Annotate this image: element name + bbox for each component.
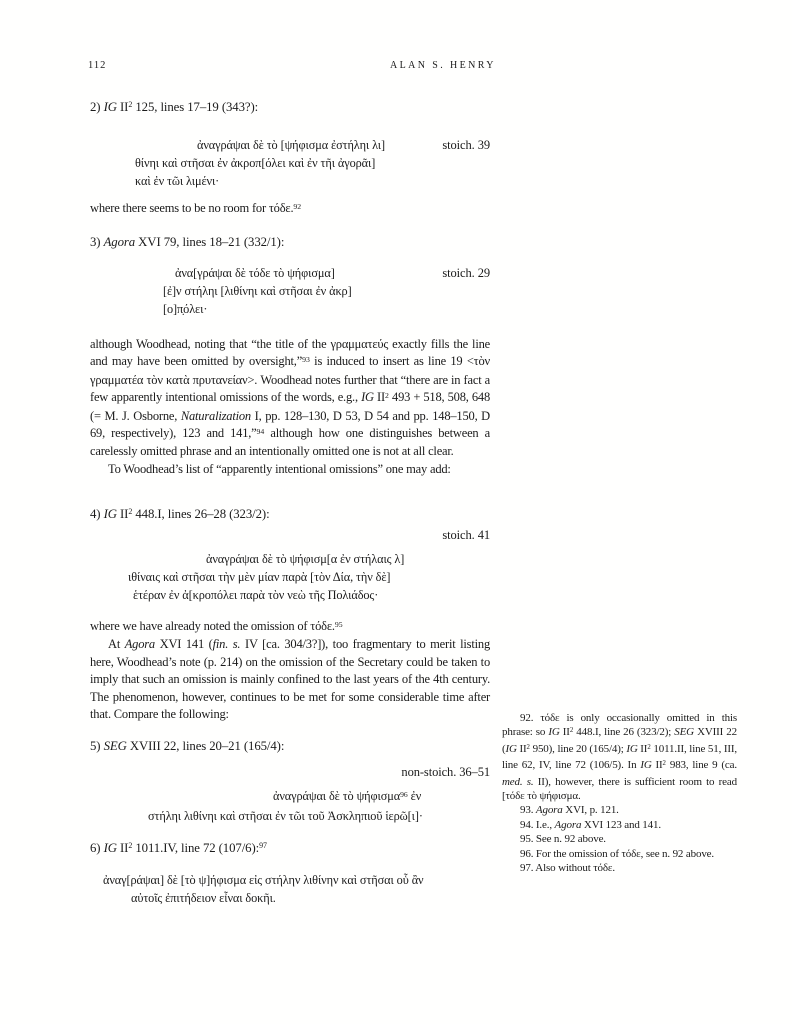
text-segment: 93 xyxy=(302,355,310,364)
greek-quotation-3: stoich. 29 ἀνα[γράψαι δὲ τόδε τὸ ψήφισμα… xyxy=(90,264,490,318)
text-segment: 2 xyxy=(128,841,132,850)
text-segment: ἀναγράψαι δὲ τὸ ψήφισμα xyxy=(273,789,400,803)
text-segment: XVI 141 ( xyxy=(155,637,213,651)
text-block-woodhead: although Woodhead, noting that “the titl… xyxy=(90,336,490,478)
text-segment: 2 xyxy=(647,744,650,751)
greek-lines: ἀναγράψαι δὲ τὸ ψήφισμα96 ἐνστήληι λιθίν… xyxy=(90,787,490,825)
greek-line: ἀναγράψαι δὲ τὸ ψήφισμ[α ἐν στήλαις λ] xyxy=(206,550,490,568)
text-segment: SEG xyxy=(104,739,127,753)
paragraph-woodhead: although Woodhead, noting that “the titl… xyxy=(90,336,490,461)
text-segment: 983, line 9 (ca. xyxy=(666,759,737,771)
text-segment: IG xyxy=(548,726,559,738)
greek-quotation-6: ἀναγ[ράψαι] δὲ [τὸ ψ]ήφισμα εἰς στήλην λ… xyxy=(90,871,490,907)
text-segment: 4) xyxy=(90,507,104,521)
text-segment: IG xyxy=(104,100,117,114)
greek-lines: ἀναγ[ράψαι] δὲ [τὸ ψ]ήφισμα εἰς στήλην λ… xyxy=(90,871,490,907)
paragraph-at-agora: At Agora XVI 141 (fin. s. IV [ca. 304/3?… xyxy=(90,636,490,723)
text-segment: 2 xyxy=(385,391,389,400)
footnote-95: 95. See n. 92 above. xyxy=(502,832,737,846)
text-segment: Naturalization xyxy=(181,409,251,423)
text-segment: 2 xyxy=(570,727,573,734)
greek-line: καὶ ἐν τῶι λιμένι· xyxy=(135,172,490,190)
stoichedon-label-39: stoich. 39 xyxy=(442,136,490,154)
text-segment: II xyxy=(652,759,663,771)
greek-line: ἀναγράψαι δὲ τὸ ψήφισμα96 ἐν xyxy=(273,787,490,807)
text-segment: 95. See n. 92 above. xyxy=(520,833,606,845)
greek-quotation-2: stoich. 39 ἀναγράψαι δὲ τὸ [ψήφισμα ἐστή… xyxy=(90,136,490,190)
text-segment: 2) xyxy=(90,100,104,114)
text-segment: II xyxy=(374,390,385,404)
text-segment: IG xyxy=(361,390,374,404)
text-segment: 96. For the omission of τόδε, see n. 92 … xyxy=(520,848,714,860)
greek-line: ιθίναις καὶ στῆσαι τὴν μὲν μίαν παρὰ [τὸ… xyxy=(128,568,490,586)
text-segment: med. s. xyxy=(502,776,533,788)
text-segment: 97. Also without τόδε. xyxy=(520,862,615,874)
text-segment: 2 xyxy=(663,760,666,767)
text-segment: 95 xyxy=(335,620,343,629)
greek-line: αὐτοῖς ἐπιτήδειον εἶναι δοκῆι. xyxy=(131,889,490,907)
greek-quotation-4: ἀναγράψαι δὲ τὸ ψήφισμ[α ἐν στήλαις λ]ιθ… xyxy=(90,550,490,604)
greek-quotation-5: ἀναγράψαι δὲ τὸ ψήφισμα96 ἐνστήληι λιθίν… xyxy=(90,787,490,825)
text-segment: XVI 123 and 141. xyxy=(581,819,661,831)
page-number: 112 xyxy=(88,60,106,71)
text-segment: [ἐ]ν στήληι [λιθίνηι καὶ στῆσαι ἐν ἀκρ] xyxy=(163,284,352,298)
text-segment: ιθίναις καὶ στῆσαι τὴν μὲν μίαν παρὰ [τὸ… xyxy=(128,570,390,584)
non-stoichedon-label: non-stoich. 36–51 xyxy=(90,765,490,780)
text-segment: 950), line 20 (165/4); xyxy=(530,743,626,755)
text-segment: where there seems to be no room for τόδε… xyxy=(90,201,293,215)
text-segment: IG xyxy=(640,759,651,771)
text-segment: IG xyxy=(626,743,637,755)
footnotes-column: 92. τόδε is only occasionally omitted in… xyxy=(502,711,737,875)
journal-page: 112 ALAN S. HENRY 2) IG II2 125, lines 1… xyxy=(0,0,792,1024)
text-segment: ἀναγράψαι δὲ τὸ [ψήφισμα ἐστήληι λι] xyxy=(197,138,385,152)
text-segment: Agora xyxy=(104,235,136,249)
paragraph-no-room: where there seems to be no room for τόδε… xyxy=(90,200,490,218)
text-segment: Agora xyxy=(555,819,582,831)
text-segment: II xyxy=(560,726,570,738)
stoichedon-label-29: stoich. 29 xyxy=(442,264,490,282)
footnote-94: 94. I.e., Agora XVI 123 and 141. xyxy=(502,818,737,832)
text-segment: 125, lines 17–19 (343?): xyxy=(132,100,258,114)
text-segment: 3) xyxy=(90,235,104,249)
text-segment: IG xyxy=(506,743,517,755)
text-segment: 5) xyxy=(90,739,104,753)
text-segment: 94 xyxy=(257,427,265,436)
text-segment: At xyxy=(108,637,125,651)
paragraph-to-woodhead: To Woodhead’s list of “apparently intent… xyxy=(90,461,490,478)
text-segment: IG xyxy=(104,841,117,855)
text-block-agora: where we have already noted the omission… xyxy=(90,618,490,723)
text-segment: 2 xyxy=(527,744,530,751)
text-segment: II xyxy=(117,507,128,521)
text-segment: ἀνα[γράψαι δὲ τόδε τὸ ψήφισμα] xyxy=(175,266,335,280)
text-segment: αὐτοῖς ἐπιτήδειον εἶναι δοκῆι. xyxy=(131,891,276,905)
text-segment: καὶ ἐν τῶι λιμένι· xyxy=(135,174,219,188)
text-segment: To Woodhead’s list of “apparently intent… xyxy=(108,462,451,476)
text-segment: 6) xyxy=(90,841,104,855)
text-segment: where we have already noted the omission… xyxy=(90,619,335,633)
greek-line: [ἐ]ν στήληι [λιθίνηι καὶ στῆσαι ἐν ἀκρ] xyxy=(163,282,490,300)
text-segment: ἀναγ[ράψαι] δὲ [τὸ ψ]ήφισμα εἰς στήλην λ… xyxy=(103,873,424,887)
greek-line: στήληι λιθίνηι καὶ στῆσαι ἐν τῶι τοῦ Ἀσκ… xyxy=(148,807,490,825)
text-segment: [ο]π̣όλει· xyxy=(163,302,207,316)
text-segment: ἐν xyxy=(408,789,422,803)
footnote-93: 93. Agora XVI, p. 121. xyxy=(502,803,737,817)
text-segment: ἑτέραν ἐν ἀ[κροπόλει παρὰ τὸν νεὼ τῆς Πο… xyxy=(133,588,378,602)
text-segment: XVIII 22, lines 20–21 (165/4): xyxy=(127,739,285,753)
text-segment: θίνηι καὶ στῆσαι ἐν ἀκροπ[όλει καὶ ἐν τῆ… xyxy=(135,156,375,170)
entry-heading-4: 4) IG II2 448.I, lines 26–28 (323/2): xyxy=(90,506,490,524)
text-segment: XVI 79, lines 18–21 (332/1): xyxy=(135,235,284,249)
text-segment: 448.I, lines 26–28 (323/2): xyxy=(132,507,269,521)
text-segment: II xyxy=(638,743,648,755)
footnote-97: 97. Also without τόδε. xyxy=(502,861,737,875)
text-segment: 2 xyxy=(128,507,132,516)
entry-heading-2: 2) IG II2 125, lines 17–19 (343?): xyxy=(90,99,490,117)
text-segment: XVI, p. 121. xyxy=(563,804,619,816)
text-segment: 448.I, line 26 (323/2); xyxy=(573,726,674,738)
text-segment: 93. xyxy=(520,804,536,816)
greek-line: ἀναγ[ράψαι] δὲ [τὸ ψ]ήφισμα εἰς στήλην λ… xyxy=(103,871,490,889)
text-segment: 2 xyxy=(128,100,132,109)
stoichedon-label-41: stoich. 41 xyxy=(90,528,490,543)
text-segment: 94. I.e., xyxy=(520,819,555,831)
text-segment: 97 xyxy=(259,841,267,850)
greek-lines: ἀναγράψαι δὲ τὸ [ψήφισμα ἐστήληι λι]θίνη… xyxy=(90,136,490,190)
text-segment: 92 xyxy=(293,202,301,211)
footnote-96: 96. For the omission of τόδε, see n. 92 … xyxy=(502,847,737,861)
footnote-92: 92. τόδε is only occasionally omitted in… xyxy=(502,711,737,803)
greek-lines: ἀνα[γράψαι δὲ τόδε τὸ ψήφισμα][ἐ]ν στήλη… xyxy=(90,264,490,318)
text-segment: Agora xyxy=(125,637,155,651)
text-segment: II xyxy=(117,841,128,855)
entry-heading-5: 5) SEG XVIII 22, lines 20–21 (165/4): xyxy=(90,738,490,755)
text-segment: IG xyxy=(104,507,117,521)
text-segment: Agora xyxy=(536,804,563,816)
text-segment: 96 xyxy=(400,790,408,799)
greek-line: [ο]π̣όλει· xyxy=(163,300,490,318)
greek-lines: ἀναγράψαι δὲ τὸ ψήφισμ[α ἐν στήλαις λ]ιθ… xyxy=(90,550,490,604)
text-segment: 1011.IV, line 72 (107/6): xyxy=(132,841,259,855)
greek-line: θίνηι καὶ στῆσαι ἐν ἀκροπ[όλει καὶ ἐν τῆ… xyxy=(135,154,490,172)
text-segment: SEG xyxy=(674,726,694,738)
running-head: ALAN S. HENRY xyxy=(390,60,496,71)
paragraph-omission-noted: where we have already noted the omission… xyxy=(90,618,490,636)
text-segment: ἀναγράψαι δὲ τὸ ψήφισμ[α ἐν στήλαις λ] xyxy=(206,552,404,566)
text-segment: II xyxy=(517,743,527,755)
text-segment: II xyxy=(117,100,128,114)
text-segment: στήληι λιθίνηι καὶ στῆσαι ἐν τῶι τοῦ Ἀσκ… xyxy=(148,809,423,823)
text-segment: II), however, there is sufficient room t… xyxy=(502,776,737,802)
greek-line: ἑτέραν ἐν ἀ[κροπόλει παρὰ τὸν νεὼ τῆς Πο… xyxy=(133,586,490,604)
entry-heading-6: 6) IG II2 1011.IV, line 72 (107/6):97 xyxy=(90,840,490,858)
entry-heading-3: 3) Agora XVI 79, lines 18–21 (332/1): xyxy=(90,234,490,251)
text-segment: fin. s. xyxy=(213,637,241,651)
